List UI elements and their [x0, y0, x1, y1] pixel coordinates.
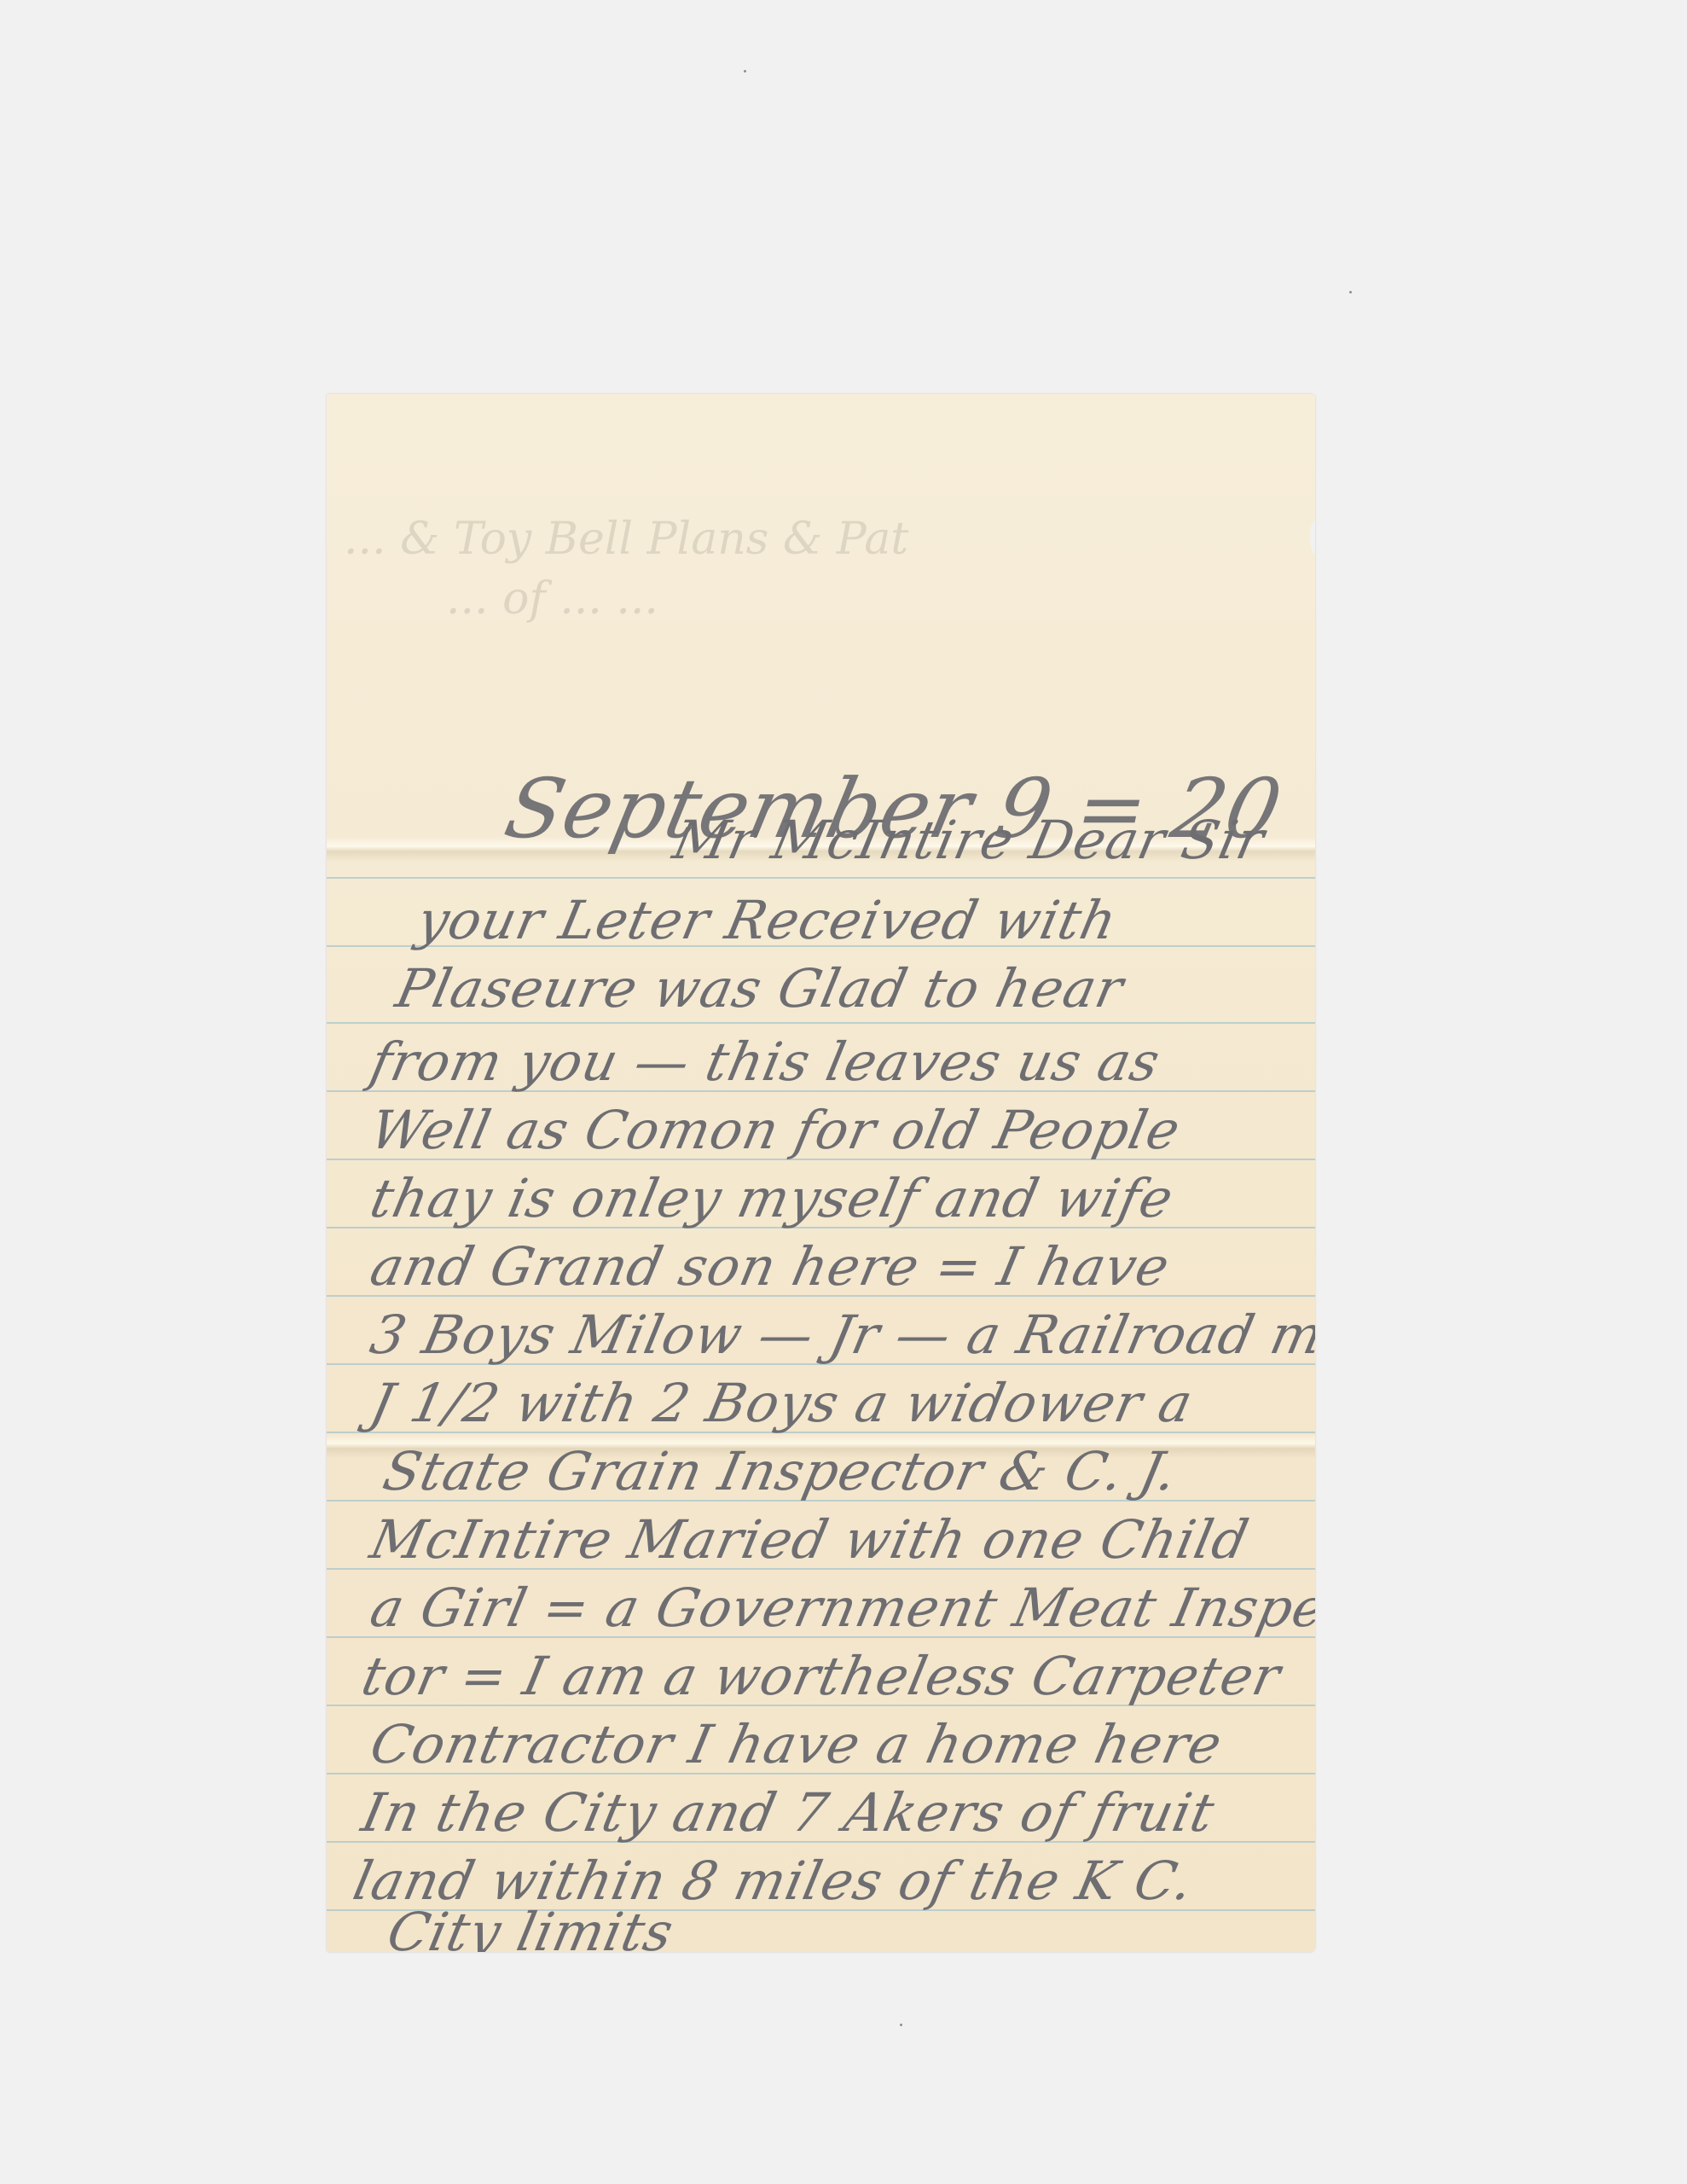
letter-body-line: Contractor I have a home here [365, 1713, 1228, 1775]
letter-body-line: from you — this leaves us as [365, 1031, 1166, 1093]
letter-body-line: State Grain Inspector & C. J. [378, 1440, 1183, 1502]
scan-speck [744, 70, 746, 73]
edge-tear [1310, 520, 1315, 555]
letter-salutation: Mr McIntire Dear Sir [668, 809, 1270, 871]
letter-body-line: Well as Comon for old People [365, 1099, 1186, 1161]
letter-body-line: and Grand son here = I have [365, 1235, 1175, 1298]
letter-body-line: your Leter Received with [412, 889, 1122, 951]
letter-body-line: thay is onley myself and wife [365, 1167, 1180, 1229]
scan-speck [900, 2024, 902, 2026]
letter-body-line: McIntire Maried with one Child [365, 1508, 1255, 1571]
ruled-line [327, 1022, 1315, 1024]
letter-body-line: 3 Boys Milow — Jr — a Railroad man [365, 1304, 1315, 1366]
ruled-line [327, 877, 1315, 879]
letter-body-line: J 1/2 with 2 Boys a widower a [365, 1372, 1198, 1434]
letter-body-line: tor = I am a wortheless Carpeter [357, 1645, 1286, 1707]
letter-body-line: Plaseure was Glad to hear [391, 957, 1129, 1019]
bleed-through-text: ... & Toy Bell Plans & Pat [344, 514, 908, 565]
bleed-through-text: ... of ... ... [446, 573, 658, 624]
letter-body-line: City limits [382, 1901, 679, 1952]
letter-body-line: In the City and 7 Akers of fruit [357, 1781, 1220, 1844]
letter-sheet: ... & Toy Bell Plans & Pat ... of ... ..… [327, 394, 1315, 1952]
letter-body-line: a Girl = a Government Meat Inspec= [365, 1577, 1315, 1639]
scan-speck [1349, 291, 1352, 293]
